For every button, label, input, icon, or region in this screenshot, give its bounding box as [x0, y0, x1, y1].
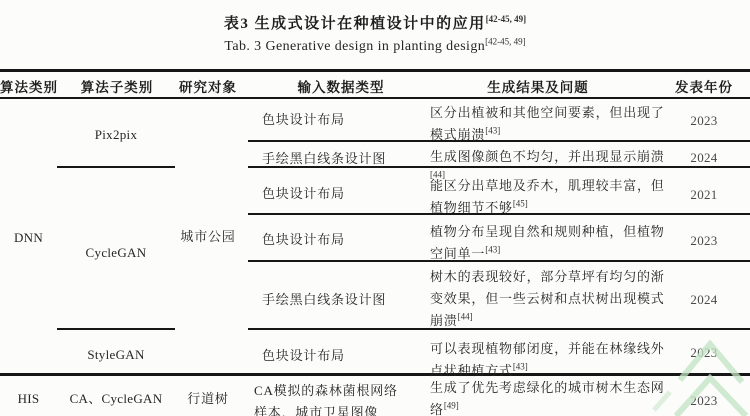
object-cell-urban-park: 城市公园 — [176, 226, 240, 248]
result-cell-row5: 树木的表现较好，部分草坪有均匀的渐 变效果，但一些云树和点状树出现模式 崩溃[4… — [430, 266, 676, 332]
column-header-category: 算法类别 — [0, 79, 58, 97]
result-cell-row4: 植物分布呈现自然和规则种植，但植物 空间单一[43] — [430, 221, 676, 265]
watermark-chevrons-icon — [652, 338, 750, 416]
citation-superscript: [43] — [485, 245, 500, 255]
input-cell-row3: 色块设计布局 — [262, 183, 345, 205]
paper-table-page: 表3 生成式设计在种植设计中的应用[42-45, 49] Tab. 3 Gene… — [0, 0, 750, 416]
header-bottom-rule — [0, 97, 750, 99]
result-cell-row1: 区分出植被和其他空间要素，但出现了 模式崩溃[43] — [430, 102, 676, 146]
result-cell-row7: 生成了优先考虑绿化的城市树木生态网 络[49] — [430, 377, 676, 416]
citation-superscript: [44] — [458, 312, 473, 322]
table-title-zh-text: 表3 生成式设计在种植设计中的应用 — [224, 16, 486, 32]
column-header-subcategory: 算法子类别 — [58, 79, 176, 97]
table-title-en: Tab. 3 Generative design in planting des… — [0, 39, 750, 55]
input-cell-row4: 色块设计布局 — [262, 229, 345, 251]
citation-superscript: [49] — [444, 401, 459, 411]
table-title-en-text: Tab. 3 Generative design in planting des… — [224, 39, 485, 54]
category-cell-dnn: DNN — [0, 227, 57, 249]
subcategory-cell-pix2pix: Pix2pix — [57, 124, 175, 146]
result-cell-row3: 能区分出草地及乔木，肌理较丰富，但 植物细节不够[45] — [430, 175, 676, 219]
subcategory-cell-ca-cyclegan: CA、CycleGAN — [57, 388, 175, 410]
result-text: 能区分出草地及乔木，肌理较丰富，但 植物细节不够 — [430, 178, 665, 215]
column-header-input: 输入数据类型 — [250, 79, 432, 97]
title-en-citation: [42-45, 49] — [485, 36, 526, 46]
object-cell-street-tree: 行道树 — [176, 388, 240, 410]
table-top-rule — [0, 69, 750, 72]
input-cell-row7: CA模拟的森林菌根网络 样本，城市卫星图像 — [254, 380, 440, 416]
result-text: 植物分布呈现自然和规则种植，但植物 空间单一 — [430, 224, 665, 261]
input-cell-row5: 手绘黑白线条设计图 — [262, 289, 386, 311]
column-header-year: 发表年份 — [672, 79, 736, 97]
subcategory-cell-stylegan: StyleGAN — [57, 344, 175, 366]
input-cell-row1: 色块设计布局 — [262, 109, 345, 131]
citation-superscript: [43] — [485, 126, 500, 136]
column-header-result: 生成结果及问题 — [428, 79, 648, 97]
subcategory-cell-cyclegan: CycleGAN — [57, 242, 175, 264]
result-text: 生成图像颜色不均匀，并出现显示崩溃 — [430, 149, 665, 164]
category-cell-his: HIS — [0, 388, 57, 410]
citation-superscript: [43] — [513, 362, 528, 372]
year-cell-row5: 2024 — [672, 289, 736, 311]
input-cell-row2: 手绘黑白线条设计图 — [262, 148, 386, 170]
title-zh-citation: [42-45, 49] — [486, 14, 527, 24]
result-cell-row6: 可以表现植物郁闭度，并能在林缘线外 点状种植方式[43] — [430, 338, 676, 382]
year-cell-row1: 2023 — [672, 110, 736, 132]
year-cell-row4: 2023 — [672, 230, 736, 252]
result-text: 区分出植被和其他空间要素，但出现了 模式崩溃 — [430, 105, 665, 142]
year-cell-row2: 2024 — [672, 147, 736, 169]
table-title-zh: 表3 生成式设计在种植设计中的应用[42-45, 49] — [0, 12, 750, 33]
cyclegan-group-rule — [57, 328, 175, 330]
year-cell-row3: 2021 — [672, 184, 736, 206]
result-text: 生成了优先考虑绿化的城市树木生态网 络 — [430, 380, 665, 416]
input-cell-row6: 色块设计布局 — [262, 345, 345, 367]
result-text: 可以表现植物郁闭度，并能在林缘线外 点状种植方式 — [430, 341, 665, 378]
column-header-object: 研究对象 — [176, 79, 240, 97]
citation-superscript: [45] — [513, 199, 528, 209]
pix2pix-group-rule — [57, 166, 175, 168]
